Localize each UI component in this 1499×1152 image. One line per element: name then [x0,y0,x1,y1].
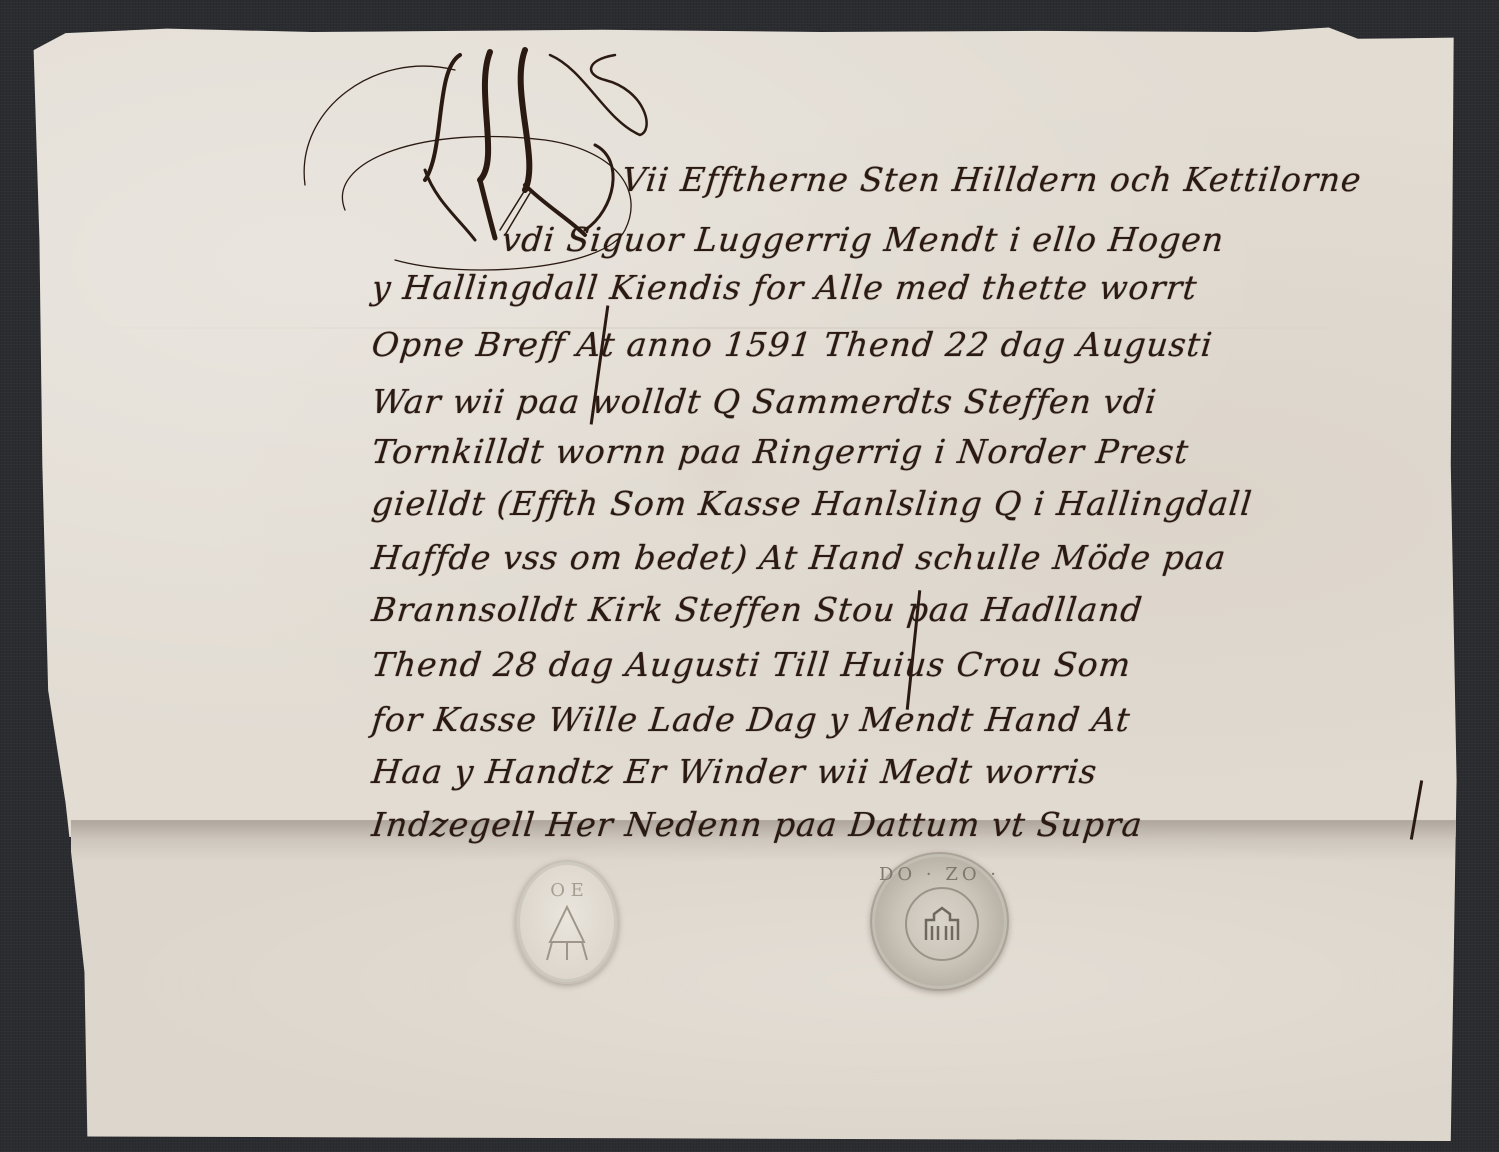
castle-housemark-icon [920,902,964,946]
text-line-9: Brannsolldt Kirk Steffen Stou paa Hadlla… [370,590,1145,629]
text-line-5: War wii paa wolldt Q Sammerdts Steffen v… [370,382,1159,421]
wax-seal-right: DO · ZO · [870,852,1009,991]
text-line-2: vdi Siguor Luggerrig Mendt i ello Hogen [500,220,1226,259]
text-line-4: Opne Breff At anno 1591 Thend 22 dag Aug… [370,325,1215,364]
text-line-13: Indzegell Her Nedenn paa Dattum vt Supra [370,805,1145,844]
wax-seal-left: O E [515,860,619,984]
seal-legend-text: O E [517,880,617,901]
triangle-housemark-icon [542,902,592,962]
text-line-8: Haffde vss om bedet) At Hand schulle Möd… [370,538,1228,577]
text-line-10: Thend 28 dag Augusti Till Huius Crou Som [370,645,1133,684]
seal-legend-text: DO · ZO · [872,864,1007,885]
text-line-7: gielldt (Effth Som Kasse Hanlsling Q i H… [370,484,1254,523]
text-line-1: Vii Efftherne Sten Hilldern och Kettilor… [620,160,1364,199]
text-line-3: y Hallingdall Kiendis for Alle med thett… [370,268,1199,307]
seal-device [905,887,979,961]
text-line-11: for Kasse Wille Lade Dag y Mendt Hand At [370,700,1133,739]
text-line-6: Tornkilldt wornn paa Ringerrig i Norder … [370,432,1191,471]
folded-flap [71,820,1459,1142]
text-line-12: Haa y Handtz Er Winder wii Medt worris [370,752,1099,791]
